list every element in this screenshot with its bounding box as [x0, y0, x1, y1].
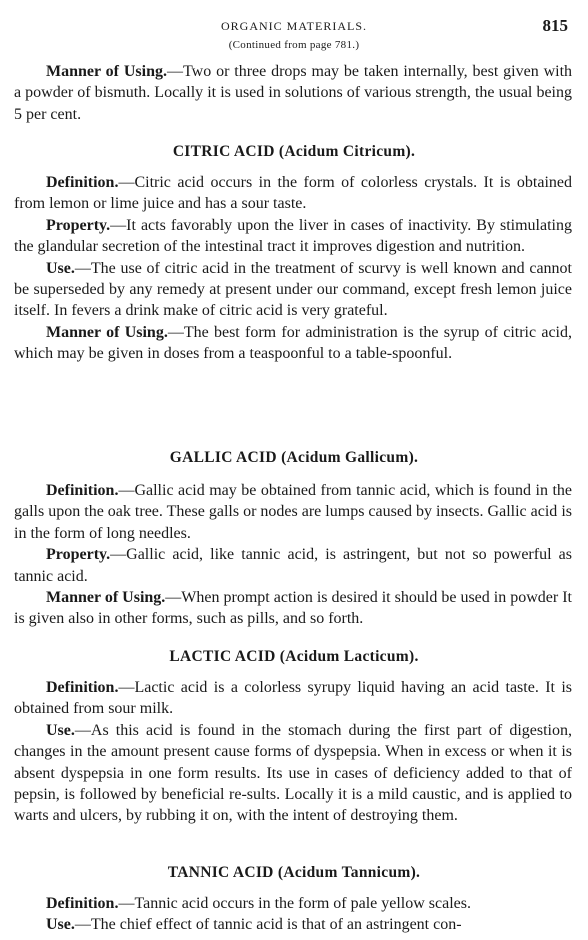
paragraph-text: —The chief effect of tannic acid is that…: [75, 916, 462, 933]
paragraph-use: Use.—The chief effect of tannic acid is …: [14, 914, 572, 935]
section-title: LACTIC ACID: [169, 648, 275, 665]
book-page: ORGANIC MATERIALS. 815 (Continued from p…: [0, 0, 588, 940]
section-latin-name: (Acidum Lacticum).: [280, 648, 419, 665]
paragraph-use: Use.—As this acid is found in the stomac…: [14, 720, 572, 827]
section-heading-citric-acid: CITRIC ACID (Acidum Citricum).: [0, 143, 588, 161]
section-citric-acid: Definition.—Citric acid occurs in the fo…: [14, 172, 572, 365]
paragraph-lead: Use.: [46, 916, 75, 933]
paragraph-lead: Definition.: [46, 679, 118, 696]
section-lactic-acid: Definition.—Lactic acid is a colorless s…: [14, 677, 572, 827]
paragraph-lead: Property.: [46, 546, 110, 563]
paragraph-manner-of-using: Manner of Using.—The best form for admin…: [14, 322, 572, 365]
intro-section: Manner of Using.—Two or three drops may …: [14, 61, 572, 125]
section-tannic-acid: Definition.—Tannic acid occurs in the fo…: [14, 893, 572, 936]
paragraph-property: Property.—Gallic acid, like tannic acid,…: [14, 544, 572, 587]
section-latin-name: (Acidum Gallicum).: [281, 449, 418, 466]
section-title: GALLIC ACID: [170, 449, 277, 466]
section-title: CITRIC ACID: [173, 143, 275, 160]
paragraph-lead: Use.: [46, 260, 75, 277]
section-gallic-acid: Definition.—Gallic acid may be obtained …: [14, 480, 572, 630]
continued-note: (Continued from page 781.): [0, 39, 588, 51]
paragraph-text: —As this acid is found in the stomach du…: [14, 722, 572, 825]
paragraph-lead: Manner of Using.: [46, 589, 165, 606]
section-title: TANNIC ACID: [168, 864, 274, 881]
paragraph-manner-of-using: Manner of Using.—Two or three drops may …: [14, 61, 572, 125]
paragraph-text: —Tannic acid occurs in the form of pale …: [118, 895, 471, 912]
paragraph-lead: Definition.: [46, 482, 118, 499]
paragraph-property: Property.—It acts favorably upon the liv…: [14, 215, 572, 258]
paragraph-lead: Definition.: [46, 174, 118, 191]
section-latin-name: (Acidum Citricum).: [279, 143, 415, 160]
paragraph-definition: Definition.—Tannic acid occurs in the fo…: [14, 893, 572, 914]
section-heading-gallic-acid: GALLIC ACID (Acidum Gallicum).: [0, 449, 588, 467]
paragraph-definition: Definition.—Citric acid occurs in the fo…: [14, 172, 572, 215]
paragraph-text: —The use of citric acid in the treatment…: [14, 260, 572, 320]
paragraph-use: Use.—The use of citric acid in the treat…: [14, 258, 572, 322]
paragraph-lead: Use.: [46, 722, 75, 739]
running-title: ORGANIC MATERIALS.: [0, 19, 588, 34]
paragraph-manner-of-using: Manner of Using.—When prompt action is d…: [14, 587, 572, 630]
paragraph-definition: Definition.—Gallic acid may be obtained …: [14, 480, 572, 544]
paragraph-lead: Property.: [46, 217, 110, 234]
paragraph-definition: Definition.—Lactic acid is a colorless s…: [14, 677, 572, 720]
paragraph-lead: Manner of Using.: [46, 324, 168, 341]
section-heading-lactic-acid: LACTIC ACID (Acidum Lacticum).: [0, 648, 588, 666]
section-latin-name: (Acidum Tannicum).: [278, 864, 420, 881]
running-header: ORGANIC MATERIALS. 815: [0, 16, 588, 36]
section-heading-tannic-acid: TANNIC ACID (Acidum Tannicum).: [0, 864, 588, 882]
paragraph-lead: Manner of Using.: [46, 63, 167, 80]
paragraph-lead: Definition.: [46, 895, 118, 912]
page-number: 815: [543, 16, 569, 36]
